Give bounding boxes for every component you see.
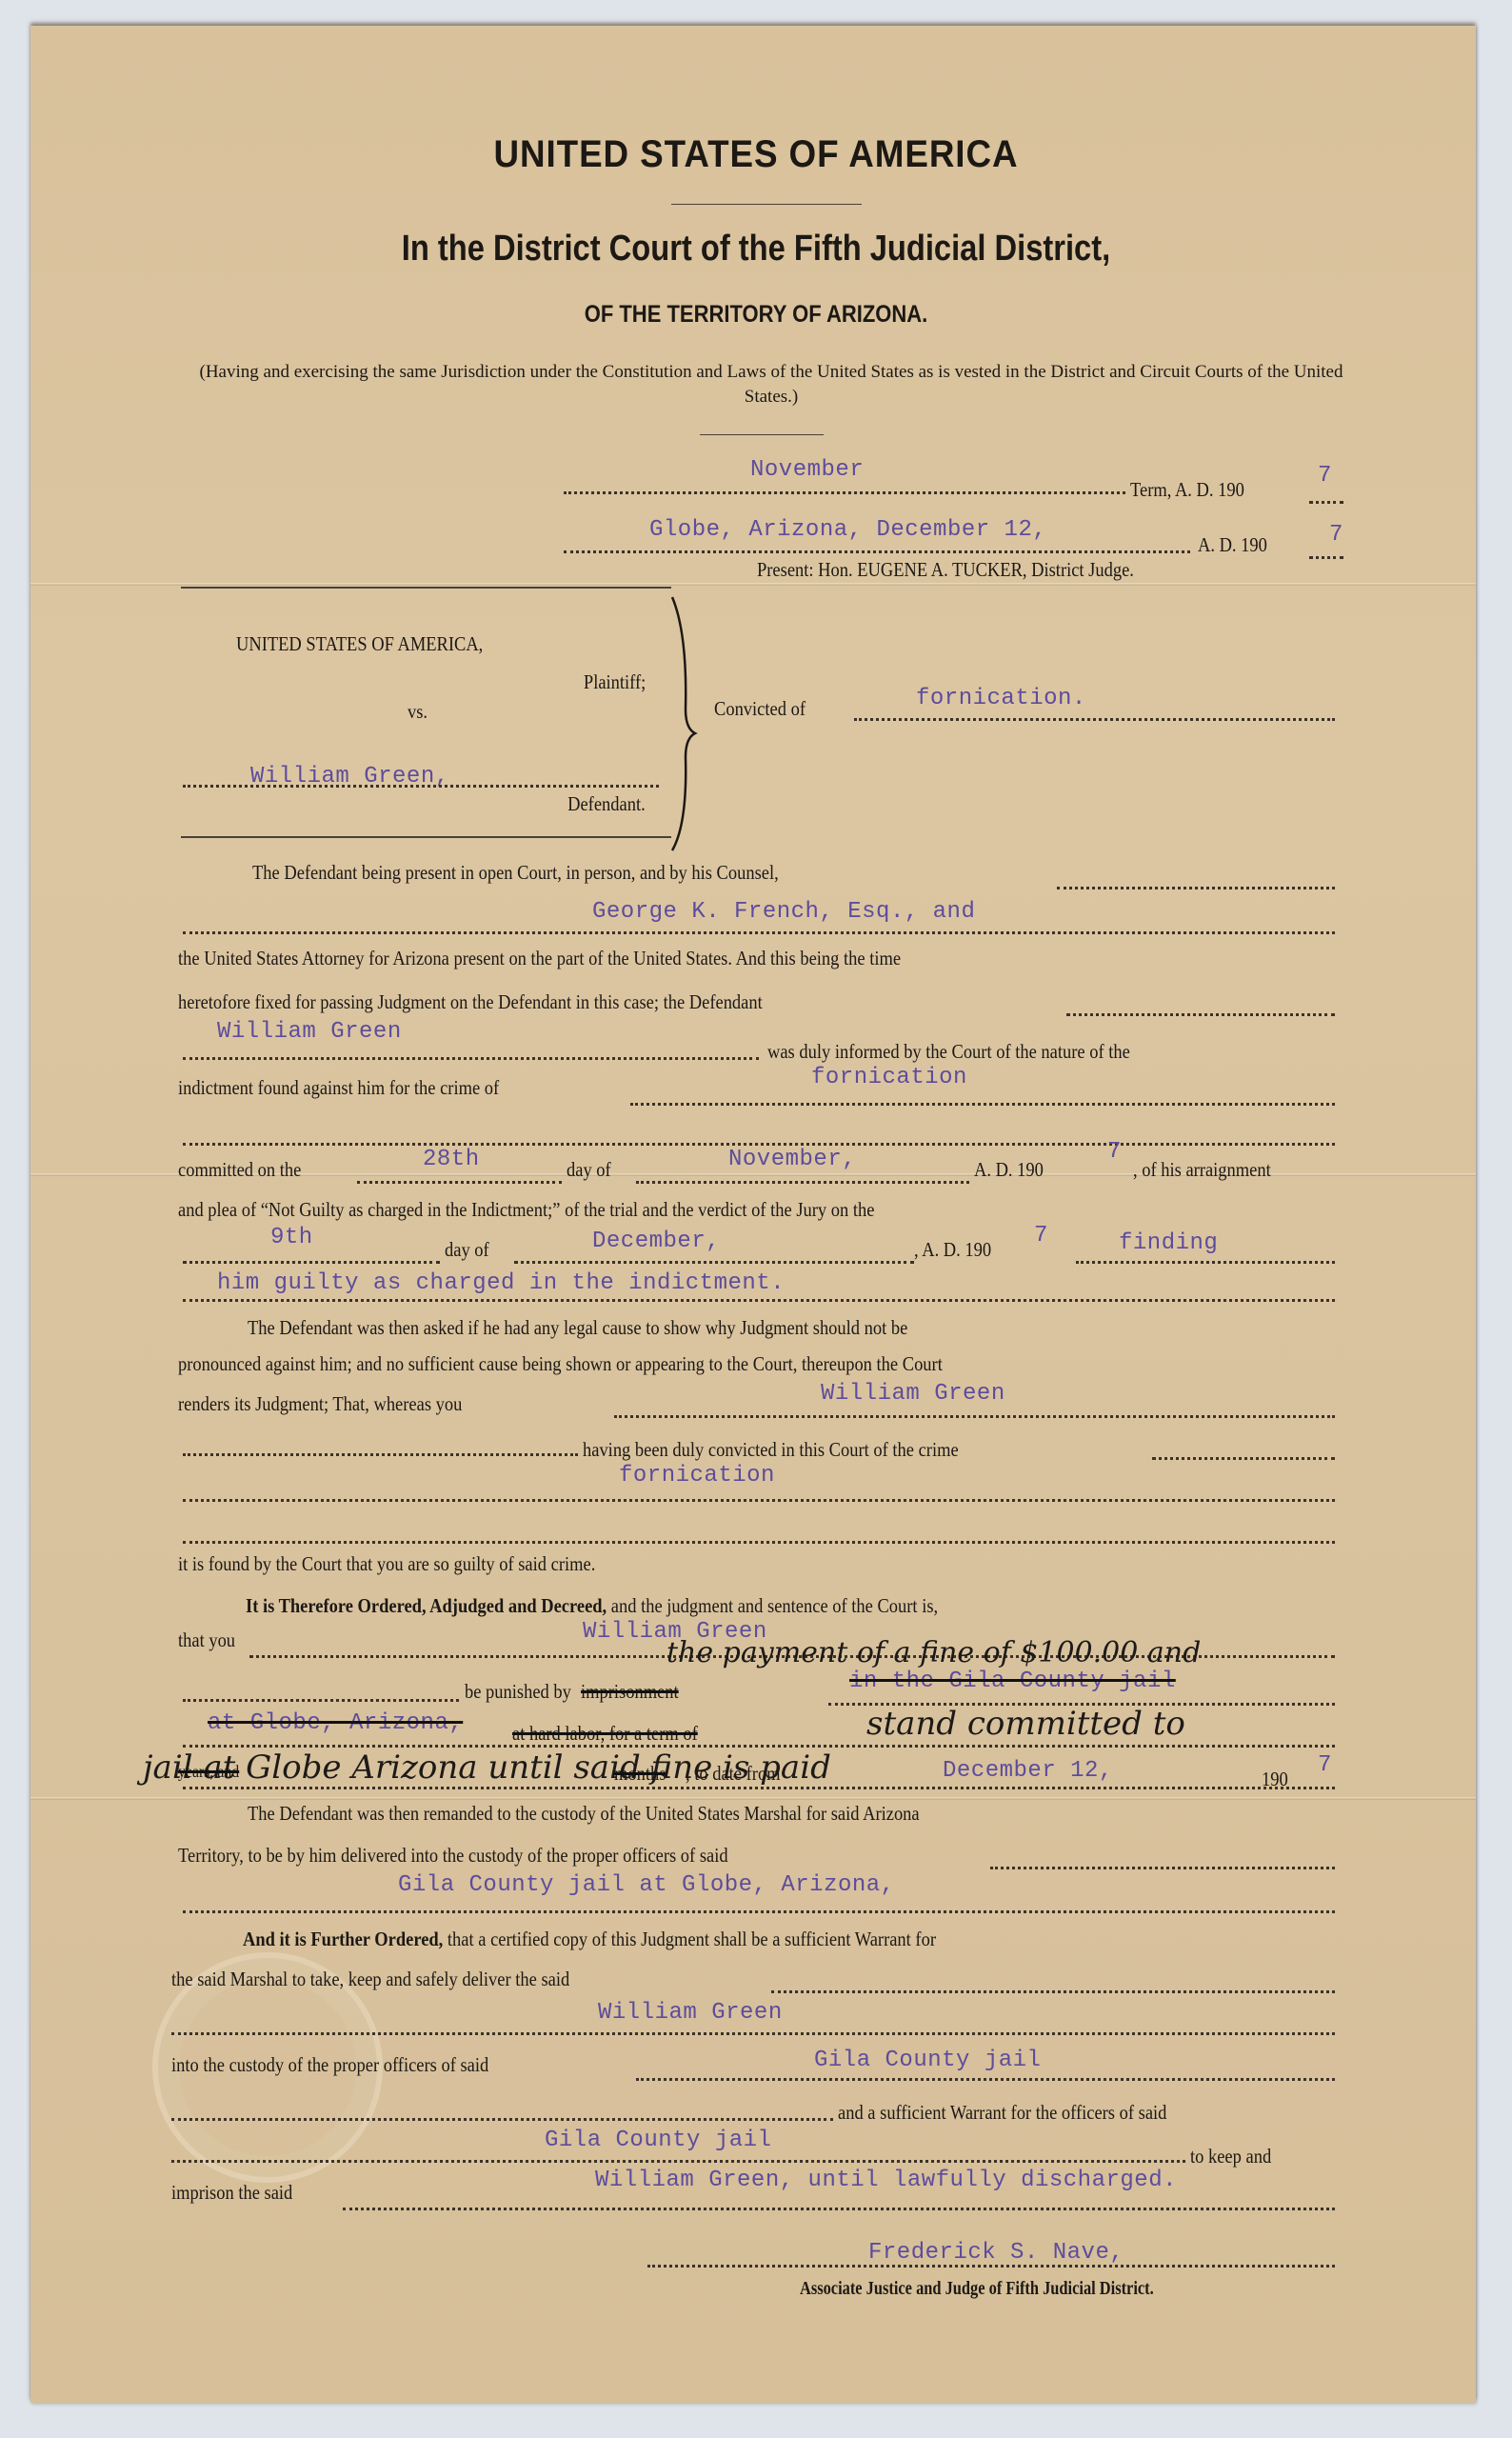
p4-jail2-line	[171, 2160, 1185, 2163]
defendant-line	[183, 785, 659, 788]
p2-line4-dots	[183, 1453, 578, 1456]
verdict-month: December,	[592, 1229, 720, 1254]
p2-line4: having been duly convicted in this Court…	[583, 1438, 959, 1462]
verdict-day-line	[183, 1261, 440, 1264]
typed-struck-globe: at Globe, Arizona,	[208, 1710, 463, 1736]
ordered-rest: and the judgment and sentence of the Cou…	[611, 1594, 938, 1617]
header-territory: OF THE TERRITORY OF ARIZONA.	[90, 301, 1421, 329]
p3-jail-line	[183, 1910, 1335, 1913]
ad-190-label: A. D. 190	[974, 1158, 1044, 1182]
p1-line3: the United States Attorney for Arizona p…	[178, 947, 901, 970]
p4-line5-dots	[171, 2118, 833, 2121]
caption-top-rule	[181, 587, 671, 589]
place-date-line	[564, 550, 1190, 553]
term-line	[183, 1745, 1335, 1748]
months-struck: months	[614, 1762, 666, 1786]
typed-struck-jail: in the Gila County jail	[849, 1669, 1176, 1694]
header-court: In the District Court of the Fifth Judic…	[106, 229, 1406, 270]
counsel-name: George K. French, Esq., and	[592, 899, 975, 925]
hard-labor-struck: at hard labor, for a term of	[512, 1722, 698, 1746]
finding-word: finding	[1119, 1230, 1218, 1256]
committed-month-line	[636, 1181, 969, 1184]
signature-name: Frederick S. Nave,	[868, 2240, 1124, 2266]
caption-plaintiff: UNITED STATES OF AMERICA,	[236, 632, 483, 656]
p1-line1-dots	[1057, 887, 1335, 889]
date-line	[183, 1787, 1335, 1789]
note-divider	[700, 434, 824, 435]
plaintiff-label: Plaintiff;	[584, 670, 646, 694]
p4-discharge: William Green, until lawfully discharged…	[595, 2168, 1177, 2193]
ordered-sentence: It is Therefore Ordered, Adjudged and De…	[246, 1594, 938, 1618]
ordered-bold: It is Therefore Ordered, Adjudged and De…	[246, 1594, 607, 1617]
p1-line5: was duly informed by the Court of the na…	[767, 1040, 1130, 1064]
p2-line2: pronounced against him; and no sufficien…	[178, 1352, 943, 1376]
signature-title: Associate Justice and Judge of Fifth Jud…	[800, 2278, 1154, 2300]
p4-line5: and a sufficient Warrant for the officer…	[838, 2101, 1166, 2125]
signature-line	[647, 2265, 1335, 2268]
term-month: November	[750, 457, 864, 483]
p3-jail: Gila County jail at Globe, Arizona,	[398, 1872, 895, 1898]
finding-text-line	[183, 1299, 1335, 1302]
committed-day: 28th	[423, 1147, 480, 1172]
further-ordered: And it is Further Ordered, that a certif…	[243, 1928, 936, 1951]
term-year: 7	[1318, 463, 1332, 489]
term-month-line	[564, 491, 1125, 494]
convicted-crime: fornication.	[916, 686, 1086, 711]
p4-jail: Gila County jail	[814, 2048, 1041, 2073]
p4-discharge-line	[343, 2208, 1335, 2210]
convicted-line	[854, 718, 1335, 721]
imprisonment-struck: imprisonment	[581, 1680, 679, 1704]
p1-line6: indictment found against him for the cri…	[178, 1076, 499, 1100]
p4-line4: into the custody of the proper officers …	[171, 2053, 488, 2077]
term-label: Term, A. D. 190	[1130, 478, 1244, 502]
p3-line2-dots	[990, 1867, 1335, 1869]
p4-jail2: Gila County jail	[545, 2128, 771, 2153]
arraignment-tail: , of his arraignment	[1133, 1158, 1271, 1182]
verdict-ad: , A. D. 190	[914, 1238, 991, 1262]
day-of-label: day of	[567, 1158, 611, 1182]
p2-name: William Green	[821, 1381, 1005, 1407]
crime-line	[630, 1103, 1335, 1106]
be-punished: be punished by	[465, 1680, 571, 1704]
header-divider	[671, 204, 862, 205]
years-struck: years, and	[178, 1762, 239, 1782]
committed-day-line	[357, 1181, 562, 1184]
p1-line8: and plea of “Not Guilty as charged in th…	[178, 1198, 874, 1222]
crime-line-2	[183, 1143, 1335, 1146]
ad-year-line	[1309, 556, 1343, 559]
p1-line4: heretofore fixed for passing Judgment on…	[178, 990, 763, 1014]
p1-line1: The Defendant being present in open Cour…	[252, 861, 779, 885]
committed-month: November,	[728, 1147, 856, 1172]
p2-crime: fornication	[619, 1463, 775, 1489]
p1-line4-dots	[1066, 1013, 1335, 1016]
p2-line1: The Defendant was then asked if he had a…	[248, 1316, 907, 1340]
finding-text: him guilty as charged in the indictment.	[217, 1270, 785, 1296]
p2-line6: it is found by the Court that you are so…	[178, 1552, 595, 1576]
paper-fold-line	[30, 583, 1476, 586]
counsel-line	[183, 931, 1335, 934]
p4-line2: the said Marshal to take, keep and safel…	[171, 1968, 569, 1991]
to-date-from: , to date from	[686, 1762, 781, 1786]
p4-jail-line	[636, 2078, 1335, 2081]
p4-name: William Green	[598, 2000, 783, 2026]
defendant-name: William Green	[217, 1019, 402, 1045]
verdict-day-of: day of	[445, 1238, 489, 1262]
term-year-line	[1309, 501, 1343, 504]
p2-line3: renders its Judgment; That, whereas you	[178, 1392, 462, 1416]
p4-line2-dots	[771, 1990, 1335, 1993]
defendant-name-line	[183, 1057, 759, 1060]
caption-vs: vs.	[408, 700, 428, 724]
date-year: 7	[1318, 1752, 1332, 1778]
punished-dots	[183, 1699, 459, 1702]
jurisdiction-note: (Having and exercising the same Jurisdic…	[181, 360, 1362, 410]
p4-line7: imprison the said	[171, 2181, 292, 2205]
p2-line4-tail	[1152, 1457, 1335, 1460]
place-date: Globe, Arizona, December 12,	[649, 517, 1046, 543]
paper-fold-line	[30, 1797, 1476, 1800]
committed-label: committed on the	[178, 1158, 301, 1182]
ad-label: A. D. 190	[1198, 533, 1267, 557]
caption-bottom-rule	[181, 836, 671, 838]
p2-name-line	[614, 1415, 1335, 1418]
handwritten-fine: the payment of a fine of $100.00 and	[666, 1636, 1201, 1669]
p3-line2: Territory, to be by him delivered into t…	[178, 1844, 728, 1868]
handwritten-committed-1: stand committed to	[866, 1705, 1185, 1743]
defendant-label: Defendant.	[567, 792, 646, 816]
convicted-label: Convicted of	[714, 697, 806, 721]
p3-line1: The Defendant was then remanded to the c…	[248, 1802, 920, 1826]
verdict-year: 7	[1034, 1223, 1048, 1249]
p4-line6: to keep and	[1190, 2145, 1271, 2168]
header-country: UNITED STATES OF AMERICA	[61, 133, 1452, 176]
date-from: December 12,	[943, 1758, 1113, 1784]
finding-line	[1076, 1261, 1335, 1264]
present-judge: Present: Hon. EUGENE A. TUCKER, District…	[757, 558, 1134, 582]
p4-name-line	[171, 2032, 1335, 2035]
committed-year: 7	[1107, 1139, 1122, 1165]
caption-brace-icon	[666, 595, 705, 852]
further-rest: that a certified copy of this Judgment s…	[448, 1928, 936, 1950]
crime-name: fornication	[811, 1065, 967, 1090]
p2-crime-line	[183, 1499, 1335, 1502]
p2-blank-line	[183, 1541, 1335, 1544]
further-bold: And it is Further Ordered,	[243, 1928, 443, 1950]
that-you: that you	[178, 1629, 235, 1652]
ad-year: 7	[1329, 522, 1343, 548]
verdict-month-line	[514, 1261, 914, 1264]
verdict-day: 9th	[270, 1225, 313, 1250]
